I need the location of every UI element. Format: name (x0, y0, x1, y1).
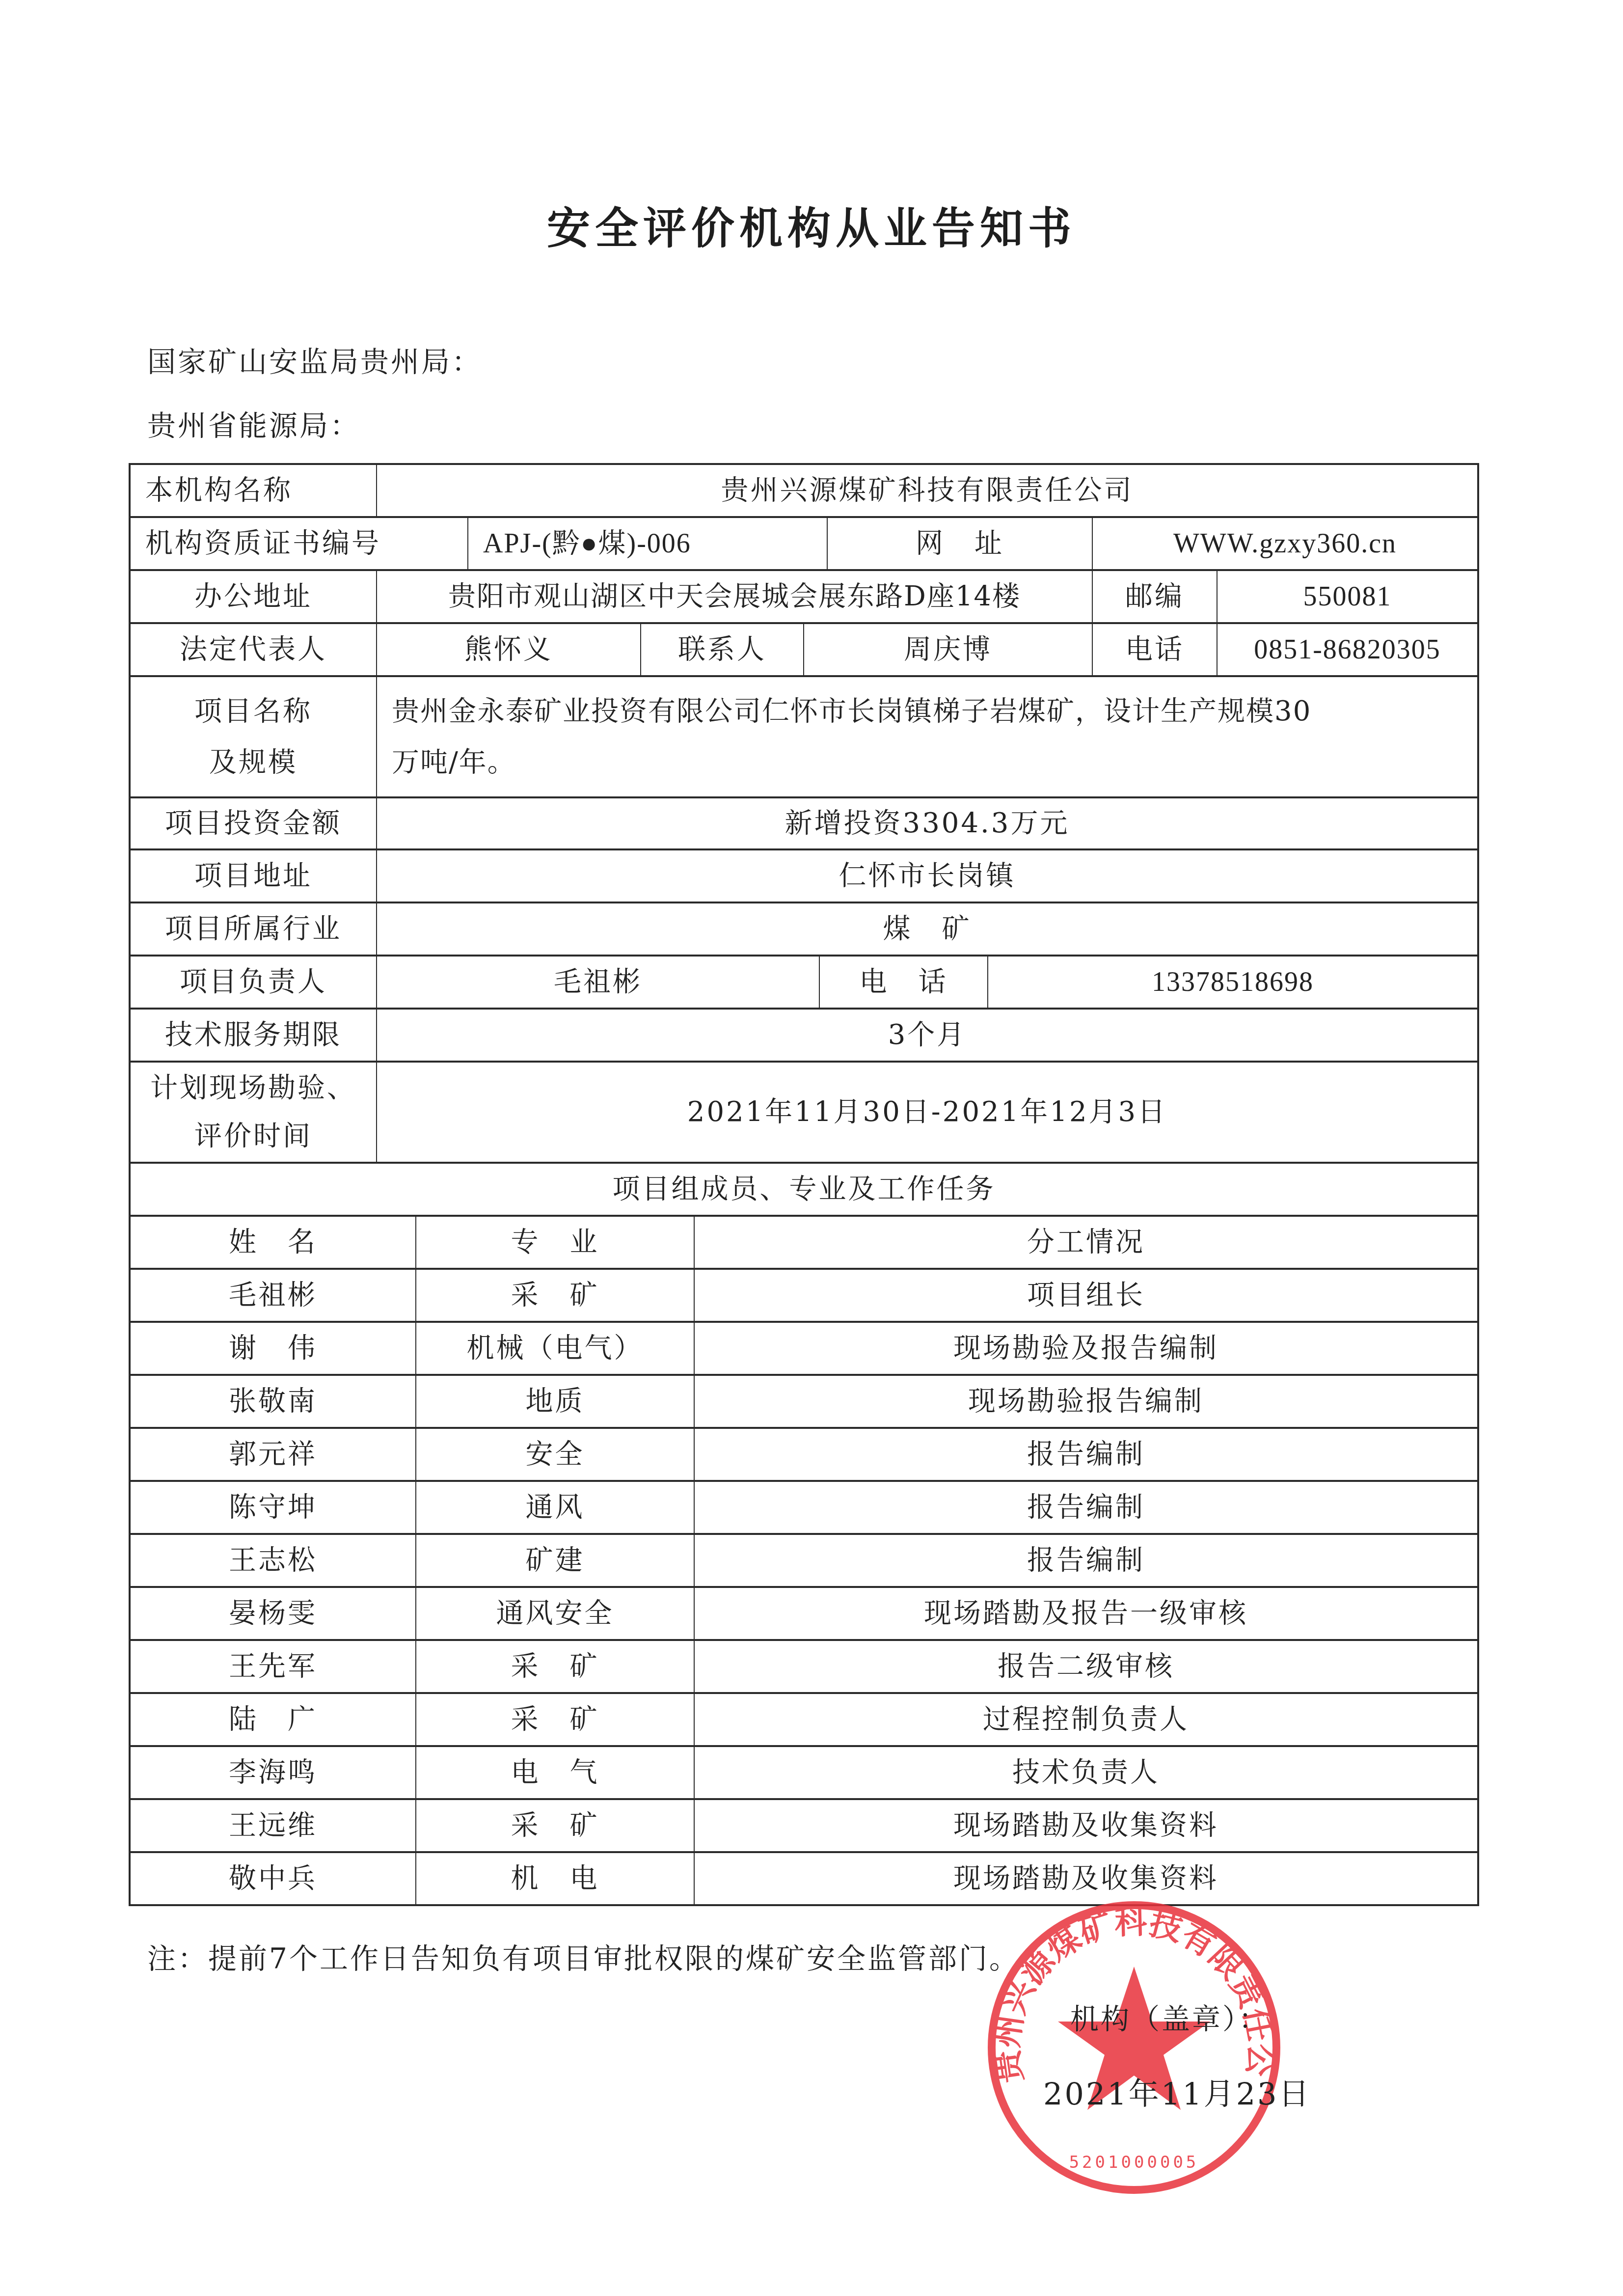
project-leader-label: 项目负责人 (131, 957, 376, 1008)
member-duty: 现场勘验及报告编制 (694, 1323, 1477, 1374)
project-name-label: 项目名称 及规模 (131, 677, 376, 796)
industry-value: 煤 矿 (376, 903, 1477, 955)
member-row: 陆 广 采 矿 过程控制负责人 (131, 1692, 1477, 1745)
office-address-label: 办公地址 (131, 571, 376, 622)
member-name: 王志松 (131, 1535, 415, 1586)
org-name-value: 贵州兴源煤矿科技有限责任公司 (376, 465, 1477, 516)
member-row: 张敬南 地质 现场勘验报告编制 (131, 1374, 1477, 1427)
industry-label: 项目所属行业 (131, 903, 376, 955)
phone-value: 0851-86820305 (1217, 624, 1477, 675)
survey-time-value: 2021年11月30日-2021年12月3日 (376, 1063, 1477, 1162)
member-row: 李海鸣 电 气 技术负责人 (131, 1745, 1477, 1798)
header-name: 姓 名 (131, 1217, 415, 1268)
project-address-value: 仁怀市长岗镇 (376, 850, 1477, 902)
project-address-label: 项目地址 (131, 850, 376, 902)
member-name: 郭元祥 (131, 1429, 415, 1480)
row-legal-rep: 法定代表人 熊怀义 联系人 周庆博 电话 0851-86820305 (131, 622, 1477, 675)
member-duty: 报告二级审核 (694, 1641, 1477, 1692)
member-major: 安全 (415, 1429, 694, 1480)
seal-code-text: 5201000005 (1069, 2153, 1199, 2172)
document-title: 安全评价机构从业告知书 (0, 194, 1623, 256)
members-header-row: 姓 名 专 业 分工情况 (131, 1215, 1477, 1268)
member-duty: 现场踏勘及收集资料 (694, 1800, 1477, 1851)
member-duty: 项目组长 (694, 1270, 1477, 1321)
row-survey-time: 计划现场勘验、 评价时间 2021年11月30日-2021年12月3日 (131, 1061, 1477, 1162)
survey-label-line2: 评价时间 (194, 1112, 312, 1160)
cert-label: 机构资质证书编号 (131, 518, 467, 569)
member-major: 电 气 (415, 1747, 694, 1798)
project-name-value: 贵州金永泰矿业投资有限公司仁怀市长岗镇梯子岩煤矿，设计生产规模30 万吨/年。 (376, 677, 1477, 796)
member-duty: 现场勘验报告编制 (694, 1376, 1477, 1427)
header-major: 专 业 (415, 1217, 694, 1268)
postcode-value: 550081 (1217, 571, 1477, 622)
survey-label-line1: 计划现场勘验、 (150, 1064, 356, 1112)
legal-rep-label: 法定代表人 (131, 624, 376, 675)
project-name-label-line1: 项目名称 (194, 686, 312, 737)
notification-table: 本机构名称 贵州兴源煤矿科技有限责任公司 机构资质证书编号 APJ-(黔●煤)-… (129, 463, 1479, 1906)
member-major: 矿建 (415, 1535, 694, 1586)
member-name: 毛祖彬 (131, 1270, 415, 1321)
member-major: 机械（电气） (415, 1323, 694, 1374)
footnote: 注：提前7个工作日告知负有项目审批权限的煤矿安全监管部门。 (147, 1936, 1020, 1977)
project-name-line1: 贵州金永泰矿业投资有限公司仁怀市长岗镇梯子岩煤矿，设计生产规模30 (392, 686, 1311, 737)
member-row: 王先军 采 矿 报告二级审核 (131, 1639, 1477, 1692)
addressee-mine-safety-bureau: 国家矿山安监局贵州局： (147, 339, 482, 380)
member-name: 敬中兵 (131, 1853, 415, 1904)
website-label: 网 址 (827, 518, 1092, 569)
row-project-leader: 项目负责人 毛祖彬 电 话 13378518698 (131, 955, 1477, 1008)
survey-time-label: 计划现场勘验、 评价时间 (131, 1063, 376, 1162)
cert-number: APJ-(黔●煤)-006 (467, 518, 827, 569)
legal-rep-value: 熊怀义 (376, 624, 640, 675)
member-row: 谢 伟 机械（电气） 现场勘验及报告编制 (131, 1321, 1477, 1374)
project-name-label-line2: 及规模 (209, 737, 298, 788)
website-value: WWW.gzxy360.cn (1092, 518, 1477, 569)
member-major: 地质 (415, 1376, 694, 1427)
member-row: 王远维 采 矿 现场踏勘及收集资料 (131, 1798, 1477, 1851)
row-project-name: 项目名称 及规模 贵州金永泰矿业投资有限公司仁怀市长岗镇梯子岩煤矿，设计生产规模… (131, 675, 1477, 796)
office-address-value: 贵阳市观山湖区中天会展城会展东路D座14楼 (376, 571, 1092, 622)
project-leader-value: 毛祖彬 (376, 957, 819, 1008)
member-duty: 报告编制 (694, 1535, 1477, 1586)
investment-value: 新增投资3304.3万元 (376, 798, 1477, 848)
row-cert: 机构资质证书编号 APJ-(黔●煤)-006 网 址 WWW.gzxy360.c… (131, 516, 1477, 569)
member-name: 王先军 (131, 1641, 415, 1692)
phone-label: 电话 (1092, 624, 1217, 675)
member-row: 晏杨雯 通风安全 现场踏勘及报告一级审核 (131, 1586, 1477, 1639)
member-row: 毛祖彬 采 矿 项目组长 (131, 1268, 1477, 1321)
member-major: 通风安全 (415, 1588, 694, 1639)
member-duty: 报告编制 (694, 1482, 1477, 1533)
row-org-name: 本机构名称 贵州兴源煤矿科技有限责任公司 (131, 465, 1477, 516)
member-name: 张敬南 (131, 1376, 415, 1427)
contact-value: 周庆博 (803, 624, 1092, 675)
org-name-label: 本机构名称 (131, 465, 376, 516)
member-name: 谢 伟 (131, 1323, 415, 1374)
member-name: 陈守坤 (131, 1482, 415, 1533)
header-duty: 分工情况 (694, 1217, 1477, 1268)
member-row: 王志松 矿建 报告编制 (131, 1533, 1477, 1586)
official-seal-stamp: 贵州兴源煤矿科技有限责任公司 5201000005 (979, 1893, 1289, 2202)
leader-phone-label: 电 话 (819, 957, 987, 1008)
service-period-label: 技术服务期限 (131, 1010, 376, 1061)
member-name: 陆 广 (131, 1694, 415, 1745)
member-name: 晏杨雯 (131, 1588, 415, 1639)
member-duty: 报告编制 (694, 1429, 1477, 1480)
member-row: 陈守坤 通风 报告编制 (131, 1480, 1477, 1533)
member-major: 通风 (415, 1482, 694, 1533)
member-major: 采 矿 (415, 1800, 694, 1851)
row-project-address: 项目地址 仁怀市长岗镇 (131, 848, 1477, 902)
member-major: 采 矿 (415, 1270, 694, 1321)
investment-label: 项目投资金额 (131, 798, 376, 848)
contact-label: 联系人 (640, 624, 803, 675)
member-name: 王远维 (131, 1800, 415, 1851)
row-members-title: 项目组成员、专业及工作任务 (131, 1162, 1477, 1215)
signature-date: 2021年11月23日 (1043, 2070, 1311, 2113)
service-period-value: 3个月 (376, 1010, 1477, 1061)
member-duty: 过程控制负责人 (694, 1694, 1477, 1745)
seal-label: 机构（盖章）： (1070, 1996, 1269, 2037)
member-duty: 技术负责人 (694, 1747, 1477, 1798)
member-name: 李海鸣 (131, 1747, 415, 1798)
row-address: 办公地址 贵阳市观山湖区中天会展城会展东路D座14楼 邮编 550081 (131, 569, 1477, 622)
member-major: 机 电 (415, 1853, 694, 1904)
row-service-period: 技术服务期限 3个月 (131, 1008, 1477, 1061)
member-major: 采 矿 (415, 1694, 694, 1745)
member-major: 采 矿 (415, 1641, 694, 1692)
members-section-title: 项目组成员、专业及工作任务 (131, 1164, 1477, 1215)
member-duty: 现场踏勘及报告一级审核 (694, 1588, 1477, 1639)
postcode-label: 邮编 (1092, 571, 1217, 622)
member-row: 郭元祥 安全 报告编制 (131, 1427, 1477, 1480)
row-investment: 项目投资金额 新增投资3304.3万元 (131, 796, 1477, 848)
leader-phone-value: 13378518698 (987, 957, 1477, 1008)
addressee-energy-bureau: 贵州省能源局： (147, 403, 360, 444)
project-name-line2: 万吨/年。 (392, 737, 516, 788)
row-industry: 项目所属行业 煤 矿 (131, 902, 1477, 955)
